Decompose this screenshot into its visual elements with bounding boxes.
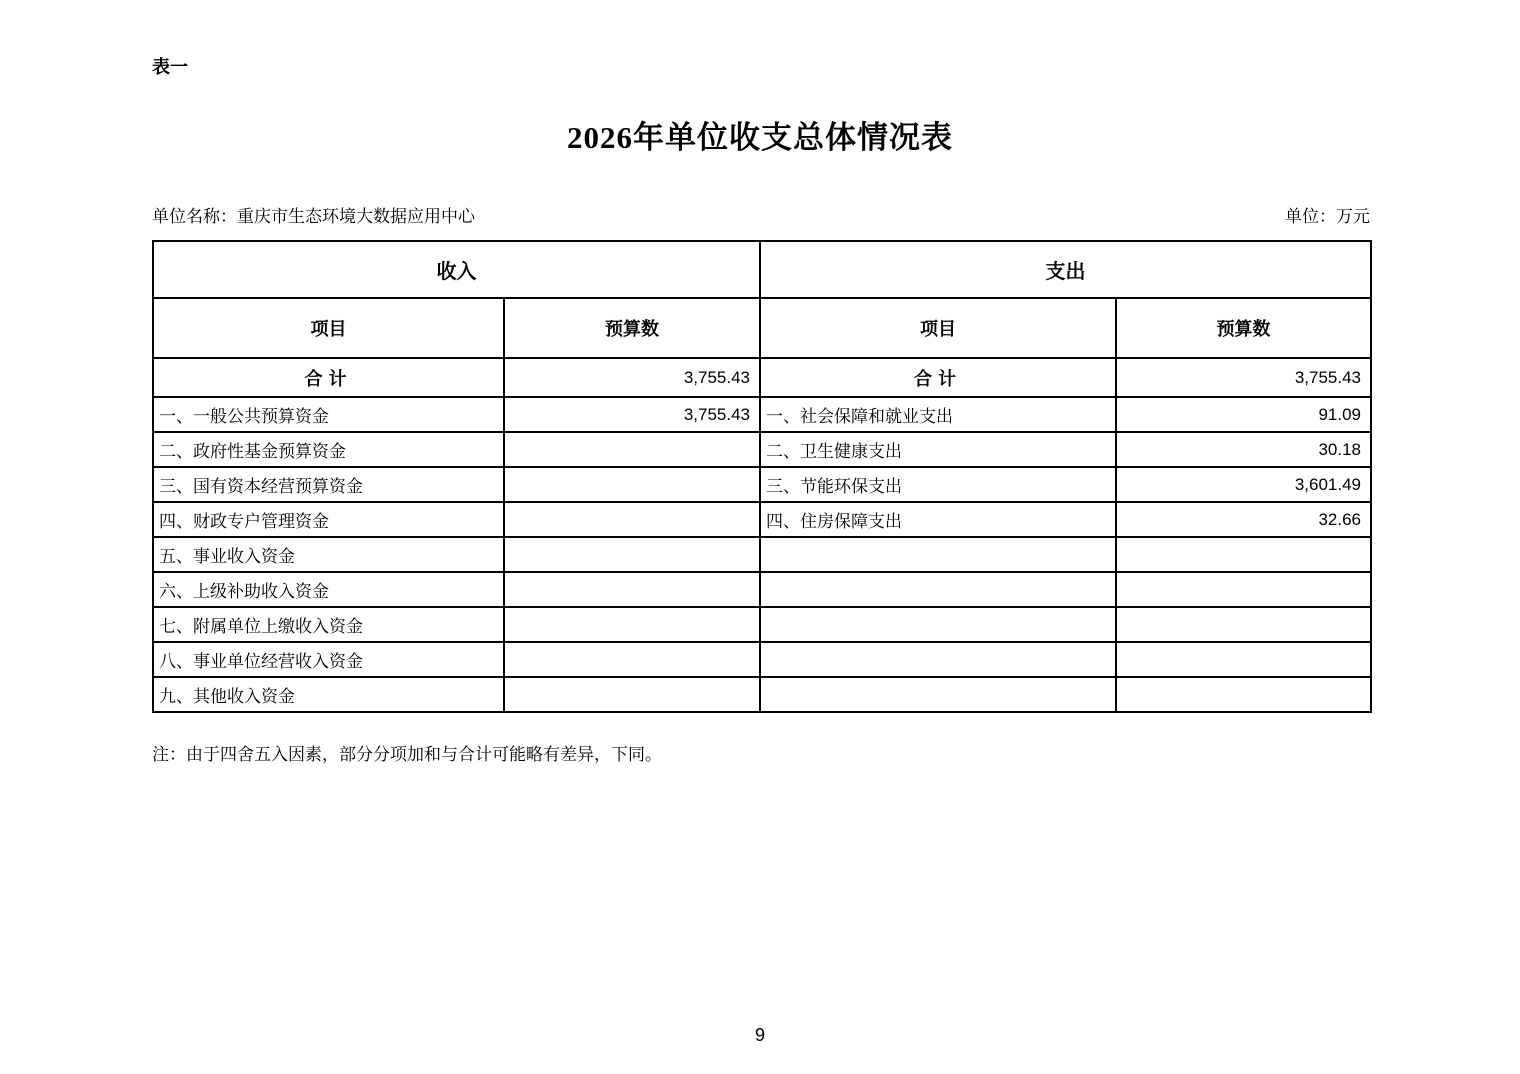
income-value: [504, 502, 760, 537]
income-value: [504, 607, 760, 642]
page-title: 2026年单位收支总体情况表: [0, 112, 1520, 157]
table-row: 五、事业收入资金: [153, 537, 1371, 572]
income-value: 3,755.43: [504, 397, 760, 432]
income-value: [504, 677, 760, 712]
expense-value: 91.09: [1116, 397, 1371, 432]
expense-value: [1116, 642, 1371, 677]
expense-budget-column-header: 预算数: [1116, 298, 1371, 358]
income-section-header: 收入: [153, 241, 760, 298]
table-row: 六、上级补助收入资金: [153, 572, 1371, 607]
table-row: 三、国有资本经营预算资金 三、节能环保支出 3,601.49: [153, 467, 1371, 502]
rounding-footnote: 注：由于四舍五入因素，部分分项加和与合计可能略有差异，下同。: [152, 740, 662, 765]
table-row: 八、事业单位经营收入资金: [153, 642, 1371, 677]
expense-value: [1116, 537, 1371, 572]
income-total-label: 合计: [153, 358, 504, 397]
income-item: 二、政府性基金预算资金: [153, 432, 504, 467]
table-row: 七、附属单位上缴收入资金: [153, 607, 1371, 642]
income-item-column-header: 项目: [153, 298, 504, 358]
table-row: 四、财政专户管理资金 四、住房保障支出 32.66: [153, 502, 1371, 537]
income-value: [504, 432, 760, 467]
column-header-row: 项目 预算数 项目 预算数: [153, 298, 1371, 358]
table-sequence-label: 表一: [152, 53, 188, 79]
table-row: 一、一般公共预算资金 3,755.43 一、社会保障和就业支出 91.09: [153, 397, 1371, 432]
expense-item: 三、节能环保支出: [760, 467, 1116, 502]
expense-item: [760, 677, 1116, 712]
expense-item: [760, 537, 1116, 572]
income-budget-column-header: 预算数: [504, 298, 760, 358]
page-number: 9: [0, 1025, 1520, 1046]
expense-value: [1116, 677, 1371, 712]
expense-item: 一、社会保障和就业支出: [760, 397, 1116, 432]
expense-total-value: 3,755.43: [1116, 358, 1371, 397]
income-item: 五、事业收入资金: [153, 537, 504, 572]
expense-value: [1116, 572, 1371, 607]
income-item: 四、财政专户管理资金: [153, 502, 504, 537]
income-value: [504, 537, 760, 572]
expense-value: 3,601.49: [1116, 467, 1371, 502]
total-row: 合计 3,755.43 合计 3,755.43: [153, 358, 1371, 397]
income-item: 七、附属单位上缴收入资金: [153, 607, 504, 642]
expense-item: [760, 572, 1116, 607]
income-item: 三、国有资本经营预算资金: [153, 467, 504, 502]
expense-value: 32.66: [1116, 502, 1371, 537]
expense-item-column-header: 项目: [760, 298, 1116, 358]
income-item: 六、上级补助收入资金: [153, 572, 504, 607]
expense-value: [1116, 607, 1371, 642]
expense-section-header: 支出: [760, 241, 1371, 298]
table-row: 九、其他收入资金: [153, 677, 1371, 712]
expense-total-label: 合计: [760, 358, 1116, 397]
expense-item: [760, 642, 1116, 677]
expense-item: 四、住房保障支出: [760, 502, 1116, 537]
section-header-row: 收入 支出: [153, 241, 1371, 298]
income-item: 一、一般公共预算资金: [153, 397, 504, 432]
budget-summary-table: 收入 支出 项目 预算数 项目 预算数 合计 3,755.43 合计 3,755…: [152, 240, 1372, 713]
income-item: 九、其他收入资金: [153, 677, 504, 712]
expense-item: 二、卫生健康支出: [760, 432, 1116, 467]
income-value: [504, 467, 760, 502]
table-meta-row: 单位名称：重庆市生态环境大数据应用中心 单位：万元: [152, 202, 1370, 227]
income-total-value: 3,755.43: [504, 358, 760, 397]
expense-value: 30.18: [1116, 432, 1371, 467]
income-item: 八、事业单位经营收入资金: [153, 642, 504, 677]
expense-item: [760, 607, 1116, 642]
income-value: [504, 572, 760, 607]
unit-name-label: 单位名称：重庆市生态环境大数据应用中心: [152, 202, 475, 227]
income-value: [504, 642, 760, 677]
currency-unit-label: 单位：万元: [1285, 202, 1370, 227]
table-row: 二、政府性基金预算资金 二、卫生健康支出 30.18: [153, 432, 1371, 467]
